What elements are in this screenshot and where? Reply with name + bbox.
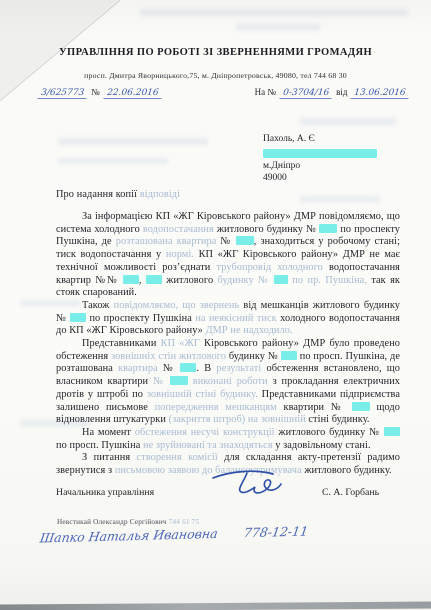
text-segment: на неякісний тиск [195, 313, 276, 324]
text-segment: по пр. Пушкіна, [292, 275, 367, 286]
scanned-letter-page: УПРАВЛІННЯ ПО РОБОТІ ЗІ ЗВЕРНЕННЯМИ ГРОМ… [0, 0, 431, 610]
redaction-mark [170, 376, 188, 385]
recipient-block: Пахоль, А. Є м.Дніпро 49000 [263, 133, 377, 185]
text-segment: виконані роботи [193, 376, 268, 387]
executor-phone: 744 61 75 [169, 518, 200, 526]
body-paragraph: Представниками КП «ЖГ Кіровського району… [56, 338, 400, 427]
incoming-reference: На № 0-3704/16 від 13.06.2016 [255, 87, 409, 99]
text-segment: Також [82, 300, 114, 311]
redaction-mark [146, 275, 162, 284]
text-segment: по просп. Пушкіна [56, 440, 143, 451]
bleedthrough-artifact [236, 24, 320, 30]
text-segment: житлового будинку. [302, 465, 392, 476]
redaction-mark [274, 275, 288, 284]
incoming-prefix-label: На № [255, 87, 276, 97]
redaction-mark [236, 236, 254, 245]
text-segment: ДМР не надходило. [206, 325, 293, 336]
text-segment: З питання [82, 452, 137, 463]
text-segment: Про надання копії [56, 189, 140, 200]
incoming-date-handwritten: 13.06.2016 [351, 88, 410, 99]
outgoing-number-handwritten: 3/625773 [37, 88, 87, 99]
text-segment: будинку № [226, 351, 281, 362]
text-segment: житлового [162, 275, 218, 286]
outgoing-reference: 3/625773 № 22.06.2016 [38, 87, 161, 99]
text-segment: квартири № [277, 402, 352, 413]
text-segment: , [139, 275, 146, 286]
text-segment: На момент [82, 427, 135, 438]
bleedthrough-artifact [58, 138, 208, 145]
text-segment: повідомляємо, що звернень [114, 300, 240, 311]
redaction-mark [70, 313, 86, 322]
number-sign: № [91, 87, 100, 97]
bleedthrough-artifact [58, 158, 168, 164]
recipient-name: Пахоль, А. Є [263, 133, 377, 146]
bleedthrough-artifact [140, 9, 408, 16]
text-segment: будинку № [218, 275, 270, 286]
text-segment: квартира [118, 363, 158, 374]
text-segment: № [153, 376, 165, 387]
signer-name: С. А. Горбань [322, 487, 379, 498]
letterhead-title: УПРАВЛІННЯ ПО РОБОТІ ЗІ ЗВЕРНЕННЯМИ ГРОМ… [0, 47, 431, 58]
incoming-number-handwritten: 0-3704/16 [279, 88, 332, 99]
executor-name: Невстикай Олександр Сергійович [57, 518, 167, 526]
subject-line: Про надання копії відповіді [56, 189, 180, 200]
reference-line: 3/625773 № 22.06.2016 На № 0-3704/16 від… [38, 87, 409, 99]
text-segment: попередження мешканцям [155, 402, 277, 413]
redaction-mark [319, 224, 337, 233]
text-segment: результаті [216, 363, 261, 374]
outgoing-date-handwritten: 22.06.2016 [103, 88, 162, 99]
bleedthrough-artifact [300, 118, 396, 125]
redaction-mark [384, 427, 400, 436]
text-segment: № [216, 236, 235, 247]
text-segment: . В [196, 363, 216, 374]
text-segment: житлового будинку № [214, 224, 320, 235]
body-paragraph: За інформацією КП «ЖГ Кіровського району… [56, 211, 400, 300]
text-segment: зовнішніх стін житлового [111, 351, 226, 362]
text-segment: (закриття штроб) на зовнішній [169, 414, 306, 425]
signer-position: Начальника управління [56, 487, 154, 498]
text-segment: № [158, 363, 181, 374]
text-segment: водопостачання [143, 224, 214, 235]
text-segment: у задовільному стані. [273, 440, 371, 451]
signature-scribble-icon [205, 462, 293, 502]
vid-label: від [336, 87, 347, 97]
text-segment: житлового будинку № [275, 427, 384, 438]
body-paragraph: Також повідомляємо, що звернень від мешк… [56, 300, 400, 338]
handwritten-note-phone: 778-12-11 [243, 523, 309, 540]
body-paragraph: На момент обстеження несучі конструкції … [56, 427, 400, 452]
recipient-city: м.Дніпро [263, 160, 377, 173]
text-segment: стіні будинку. [306, 414, 370, 425]
text-segment: відповіді [140, 189, 180, 200]
redaction-mark-address [263, 149, 377, 158]
scan-edge-shadow [0, 601, 431, 610]
text-segment: нормі. [166, 249, 194, 260]
redaction-mark [352, 402, 370, 411]
handwritten-note: Шапко Наталья Ивановна 778-12-11 [40, 523, 308, 545]
text-segment: обстеження несучі конструкції [135, 427, 275, 438]
redaction-mark [180, 363, 196, 372]
handwritten-note-name: Шапко Наталья Ивановна [39, 526, 219, 546]
redaction-mark [123, 275, 139, 284]
letter-body: За інформацією КП «ЖГ Кіровського району… [56, 211, 400, 478]
recipient-postcode: 49000 [263, 172, 377, 185]
text-segment: зовнішній стіні будинку. [147, 389, 258, 400]
text-segment: розташована квартира [116, 236, 217, 247]
text-segment: трубопровід холодного [217, 262, 323, 273]
text-segment: КП «ЖГ [161, 338, 200, 349]
bleedthrough-artifact [300, 196, 380, 202]
executor-line: Невстикай Олександр Сергійович 744 61 75 [57, 518, 199, 526]
text-segment: Представниками [82, 338, 161, 349]
redaction-mark [281, 351, 297, 360]
text-segment: по проспекту Пушкіна [86, 313, 195, 324]
text-segment: не зруйновані та знаходяться [143, 440, 273, 451]
letterhead-address: просп. Дмитра Яворницького,75, м. Дніпро… [0, 71, 431, 80]
